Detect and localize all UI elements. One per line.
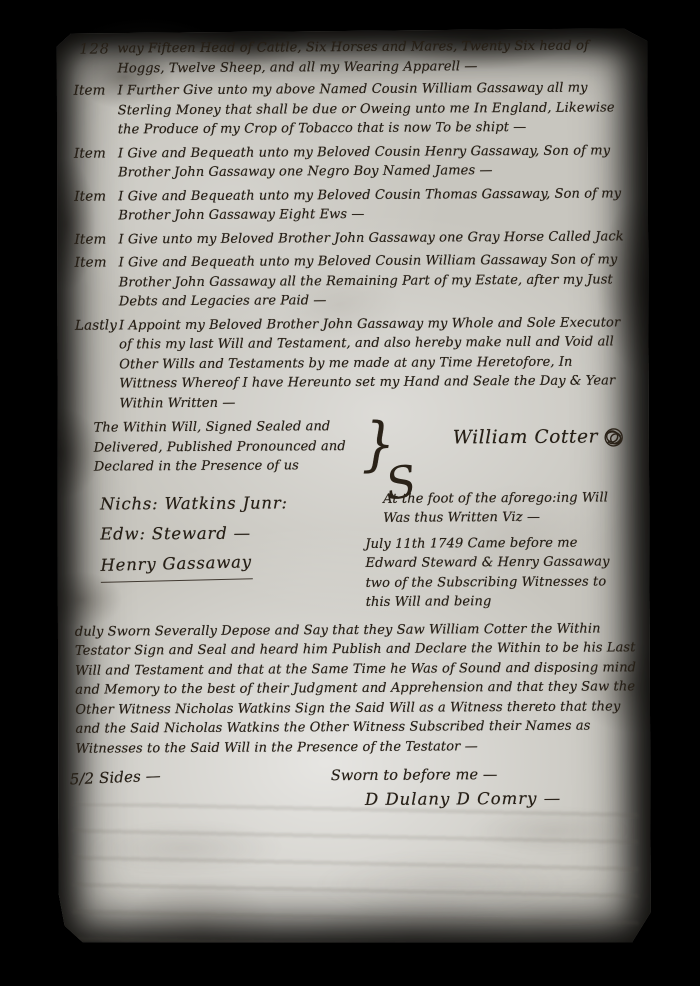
manuscript-page: 128 way Fifteen Head of Cattle, Six Hors… [53,28,653,948]
bequest-text: I Give and Bequeath unto my Beloved Cous… [119,250,634,312]
bequest-entry: Item I Give and Bequeath unto my Beloved… [75,250,634,312]
margin-label: Item [74,81,118,140]
bequest-entry-lastly: Lastly I Appoint my Beloved Brother John… [75,313,635,414]
foot-note: At the foot of the aforego:ing Will Was … [383,488,618,528]
bequest-text: I Give and Bequeath unto my Beloved Cous… [118,141,633,183]
margin-label: Item [74,144,118,183]
attestation-row: The Within Will, Signed Sealed and Deliv… [94,415,635,477]
testator-signature: William Cotter [453,428,598,448]
witness-signature: Nichs: Watkins Junr: [100,487,355,519]
testator-signature-block: William Cotter [453,425,626,450]
fee-margin-note: 5/2 Sides — [69,767,161,790]
bequest-text: I Give and Bequeath unto my Beloved Cous… [118,184,633,226]
margin-label: Lastly [75,316,120,414]
opening-continuation-line: way Fifteen Head of Cattle, Six Horses a… [117,36,632,78]
scan-background: { "document": { "page_number": "128", "o… [0,0,700,986]
attestation-clause: The Within Will, Signed Sealed and Deliv… [94,417,356,477]
witness-signatures: Nichs: Watkins Junr: Edw: Steward — Henr… [76,487,356,614]
bequest-entry: Item I Give and Bequeath unto my Beloved… [74,184,633,226]
witness-signature: Henry Gassaway [100,547,252,583]
bequest-entry: Item I Give and Bequeath unto my Beloved… [74,141,633,183]
probate-deposition: duly Sworn Severally Depose and Say that… [75,619,637,759]
bleed-through-area [72,800,639,953]
margin-label: Item [75,253,119,312]
bequest-text: I Further Give unto my above Named Cousi… [118,78,633,140]
sworn-line: Sworn to before me — [331,766,561,787]
witness-and-probate-row: Nichs: Watkins Junr: Edw: Steward — Henr… [76,486,636,614]
document-photo: 128 way Fifteen Head of Cattle, Six Hors… [0,0,700,986]
witness-signature: Edw: Steward — [100,517,355,549]
bequest-entry: Item I Give unto my Beloved Brother John… [74,227,633,250]
margin-label: Item [74,187,118,226]
bequest-text: I Give unto my Beloved Brother John Gass… [118,227,633,250]
wax-seal-scribble-icon [602,425,626,449]
bequest-entry: Item I Further Give unto my above Named … [74,78,633,140]
margin-label: Item [74,230,118,250]
probate-appearance: July 11th 1749 Came before me Edward Ste… [365,533,633,613]
manuscript-text: way Fifteen Head of Cattle, Six Horses a… [73,36,637,810]
bequest-text: I Appoint my Beloved Brother John Gassaw… [119,313,635,414]
